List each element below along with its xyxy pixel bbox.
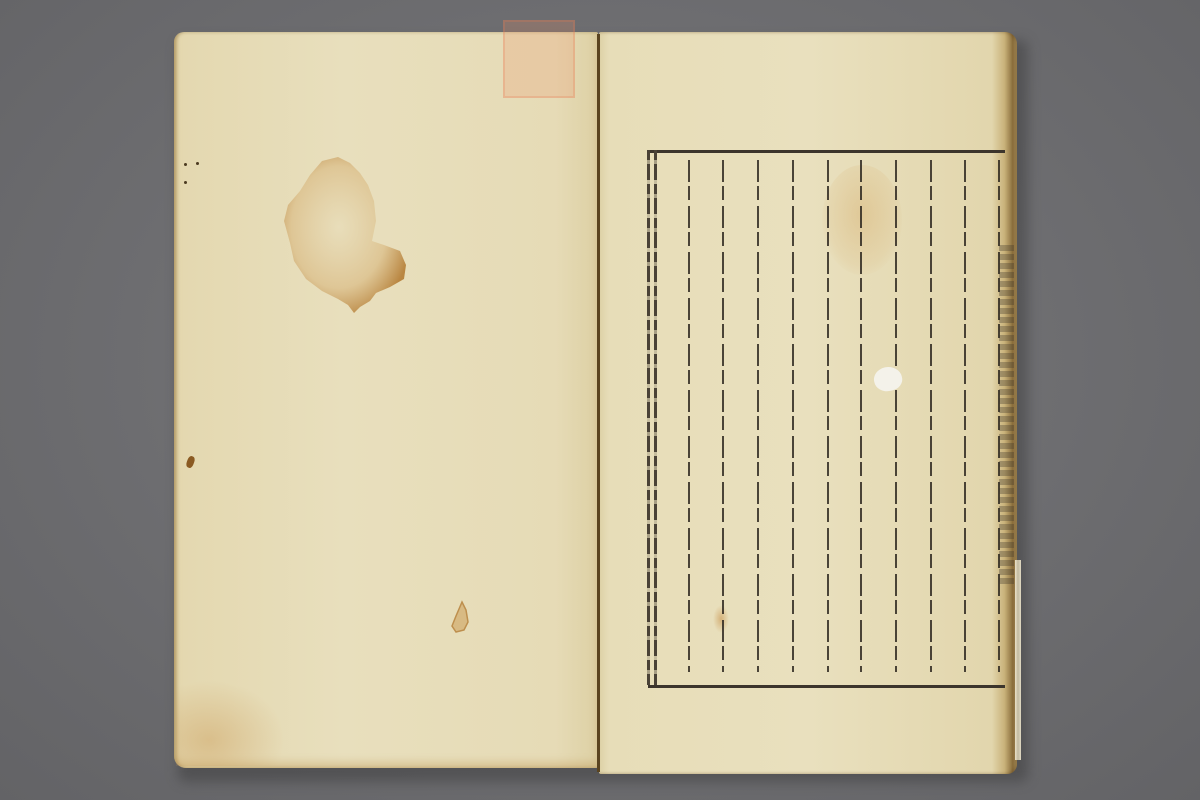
column-line <box>895 160 897 672</box>
speck <box>196 162 199 165</box>
frame-left-border <box>647 150 657 685</box>
column-line <box>722 160 724 672</box>
fore-edge-text-band <box>999 245 1014 585</box>
drip-stain <box>450 600 472 634</box>
column-line <box>860 160 862 672</box>
column-line <box>757 160 759 672</box>
speck <box>184 163 187 166</box>
column-line <box>964 160 966 672</box>
page-edge-strip <box>1015 560 1021 760</box>
book-gutter <box>597 34 600 772</box>
speck <box>184 181 187 184</box>
column-line <box>792 160 794 672</box>
water-stain-large <box>280 155 410 317</box>
lower-left-discoloration <box>176 680 286 766</box>
collector-seal <box>503 20 575 98</box>
column-line <box>827 160 829 672</box>
column-line <box>930 160 932 672</box>
column-line <box>688 160 690 672</box>
left-page <box>174 32 598 768</box>
